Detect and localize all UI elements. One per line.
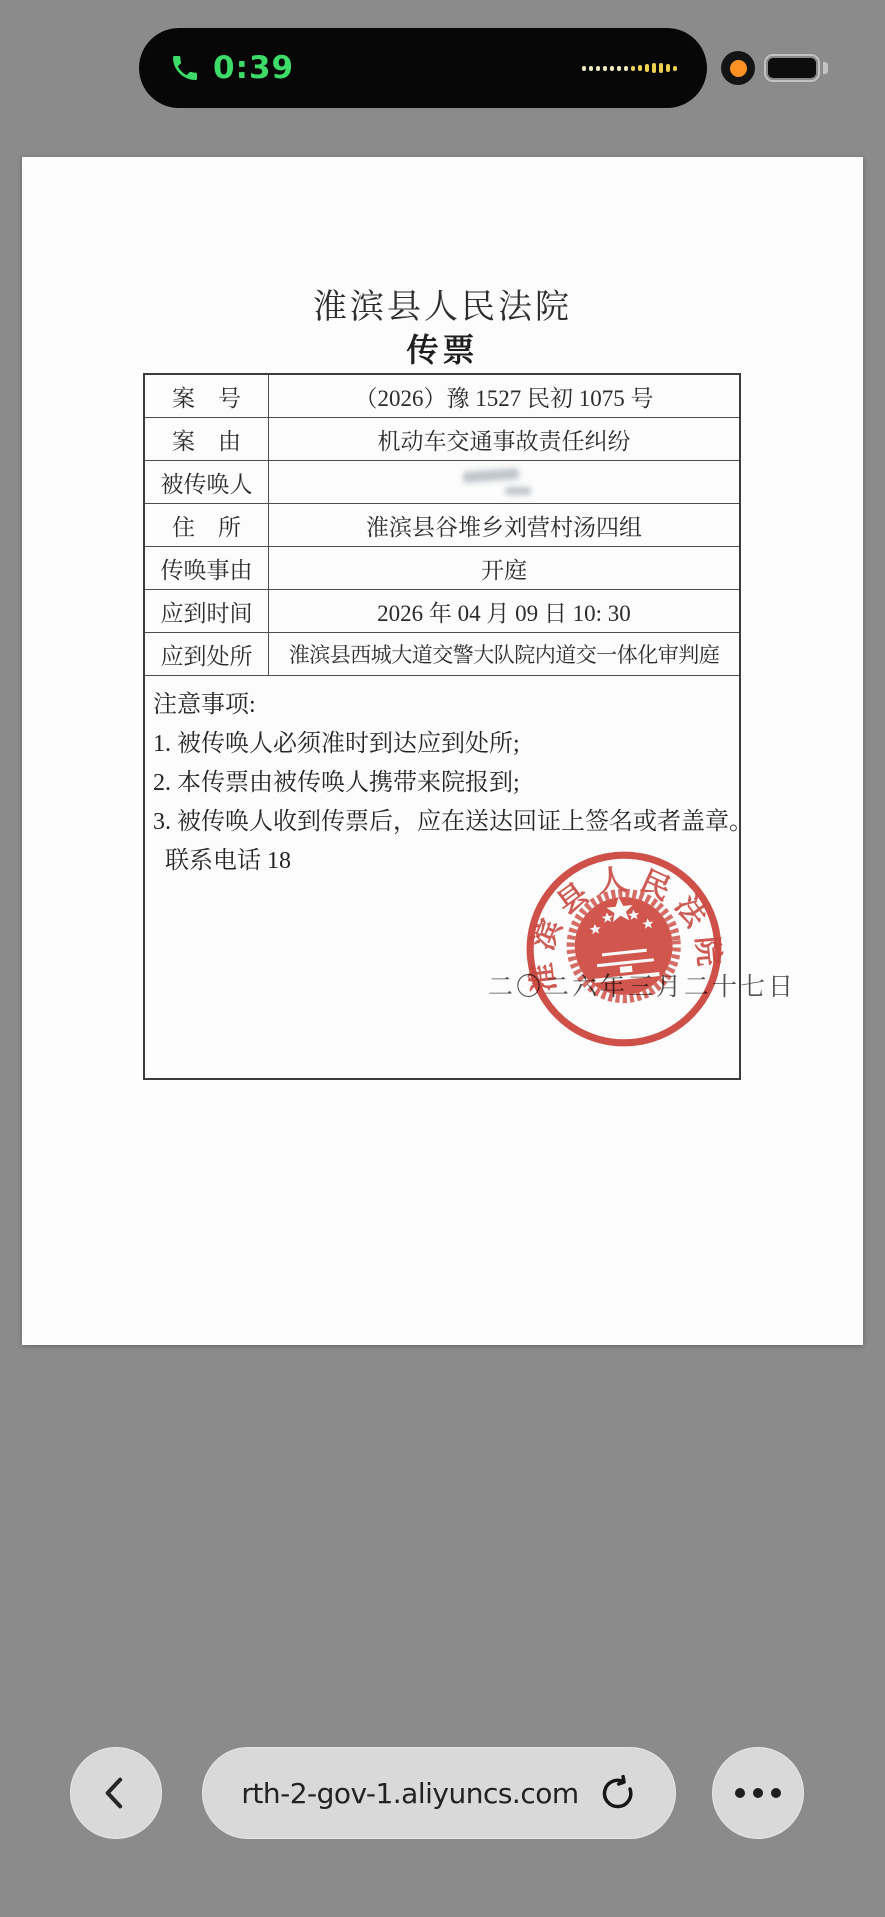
table-row: 应到处所 淮滨县西城大道交警大队院内道交一体化审判庭 (145, 633, 739, 676)
summons-reason: 开庭 (269, 547, 739, 589)
document-title: 传票 (22, 325, 863, 371)
summons-document-page: 淮滨县人民法院 传票 案 号 （2026）豫 1527 民初 1075 号 案 … (22, 157, 863, 1345)
notes-item-2: 2. 本传票由被传唤人携带来院报到; (153, 764, 731, 803)
ellipsis-icon (735, 1788, 781, 1798)
case-number: （2026）豫 1527 民初 1075 号 (269, 375, 739, 417)
table-row: 被传唤人 (145, 461, 739, 504)
more-options-button[interactable] (712, 1747, 804, 1839)
case-cause: 机动车交通事故责任纠纷 (269, 418, 739, 460)
appearance-place: 淮滨县西城大道交警大队院内道交一体化审判庭 (269, 633, 739, 675)
call-waveform-icon (582, 63, 677, 73)
reload-icon[interactable] (599, 1774, 637, 1812)
summoned-person (269, 461, 739, 503)
row-label: 被传唤人 (145, 461, 269, 503)
notes-item-3: 3. 被传唤人收到传票后，应在送达回证上签名或者盖章。 (153, 803, 731, 842)
table-row: 传唤事由 开庭 (145, 547, 739, 590)
phone-icon (169, 52, 201, 84)
court-seal-stamp: 淮滨县人民法院 (512, 837, 736, 1061)
court-name: 淮滨县人民法院 (22, 279, 863, 328)
battery-nub (823, 62, 828, 74)
row-label: 应到时间 (145, 590, 269, 632)
table-row: 住 所 淮滨县谷堆乡刘营村汤四组 (145, 504, 739, 547)
table-row: 案 号 （2026）豫 1527 民初 1075 号 (145, 375, 739, 418)
notes-heading: 注意事项: (153, 686, 731, 725)
back-button[interactable] (70, 1747, 162, 1839)
row-label: 案 号 (145, 375, 269, 417)
row-label: 应到处所 (145, 633, 269, 675)
notes-item-1: 1. 被传唤人必须准时到达应到处所; (153, 725, 731, 764)
address: 淮滨县谷堆乡刘营村汤四组 (269, 504, 739, 546)
call-duration: 0:39 (213, 50, 294, 86)
table-row: 应到时间 2026 年 04 月 09 日 10: 30 (145, 590, 739, 633)
chevron-left-icon (96, 1771, 136, 1815)
row-label: 案 由 (145, 418, 269, 460)
table-row: 案 由 机动车交通事故责任纠纷 (145, 418, 739, 461)
row-label: 住 所 (145, 504, 269, 546)
battery-icon (764, 54, 820, 82)
appearance-time: 2026 年 04 月 09 日 10: 30 (269, 590, 739, 632)
redacted-name-smudge (459, 467, 549, 497)
row-label: 传唤事由 (145, 547, 269, 589)
microphone-in-use-indicator (721, 51, 755, 85)
url-text: rth-2-gov-1.aliyuncs.com (241, 1777, 578, 1810)
active-call-pill[interactable]: 0:39 (139, 28, 707, 108)
address-bar[interactable]: rth-2-gov-1.aliyuncs.com (202, 1747, 676, 1839)
